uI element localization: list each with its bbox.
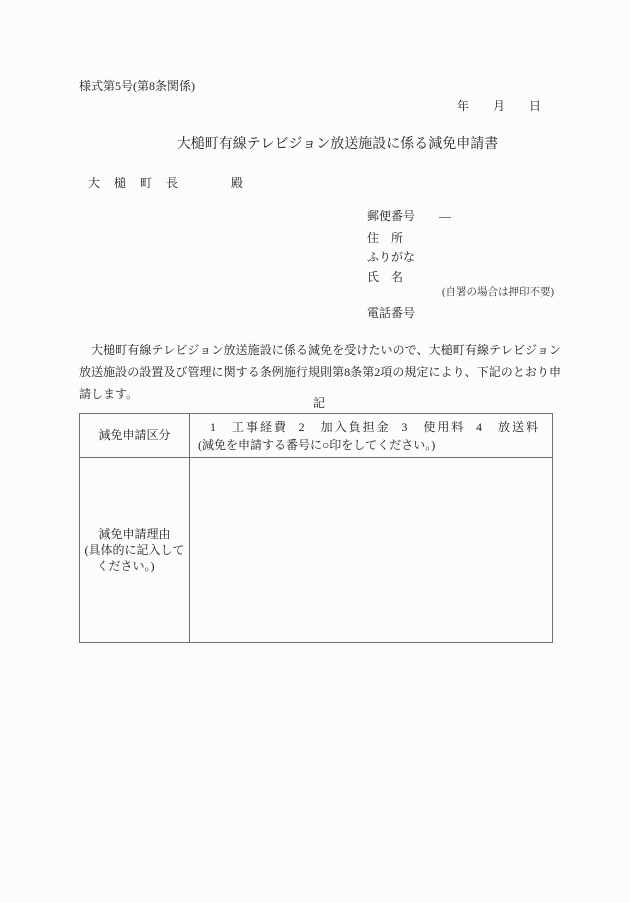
category-options-cell: 1 工事経費 2 加入負担金 3 使用料 4 放送料 (減免を申請する番号に○印… — [190, 414, 552, 458]
application-table: 減免申請区分 1 工事経費 2 加入負担金 3 使用料 4 放送料 (減免を申請… — [79, 413, 553, 643]
phone-label: 電話番号 — [367, 306, 415, 321]
category-options-line: 1 工事経費 2 加入負担金 3 使用料 4 放送料 — [198, 418, 542, 436]
date-line: 年 月 日 — [457, 99, 541, 114]
reason-header-title: 減免申請理由 — [98, 526, 170, 542]
category-header-cell: 減免申請区分 — [80, 414, 190, 458]
document-page: 様式第5号(第8条関係) 年 月 日 大槌町有線テレビジョン放送施設に係る減免申… — [0, 0, 630, 903]
option-construction-cost: 1 工事経費 — [210, 418, 288, 436]
form-number: 様式第5号(第8条関係) — [79, 79, 195, 94]
address-label: 住 所 — [367, 231, 403, 246]
option-broadcast-fee: 4 放送料 — [476, 418, 540, 436]
reason-header-note: (具体的に記入して ください。) — [85, 542, 185, 574]
reason-header-cell: 減免申請理由 (具体的に記入して ください。) — [80, 458, 190, 642]
page-title: 大槌町有線テレビジョン放送施設に係る減免申請書 — [0, 136, 630, 154]
record-label: 記 — [0, 396, 630, 411]
category-header-label: 減免申請区分 — [98, 428, 170, 443]
furigana-label: ふりがな — [367, 250, 415, 265]
postal-code-label: 郵便番号 ― — [367, 209, 451, 224]
seal-not-required-note: (自署の場合は押印不要) — [442, 286, 554, 299]
reason-content-cell — [190, 458, 552, 642]
option-membership-fee: 2 加入負担金 — [299, 418, 391, 436]
addressee-line: 大 槌 町 長 殿 — [88, 176, 244, 191]
name-label: 氏 名 — [367, 270, 403, 285]
option-usage-fee: 3 使用料 — [401, 418, 465, 436]
circle-instruction-note: (減免を申請する番号に○印をしてください。) — [198, 436, 542, 454]
